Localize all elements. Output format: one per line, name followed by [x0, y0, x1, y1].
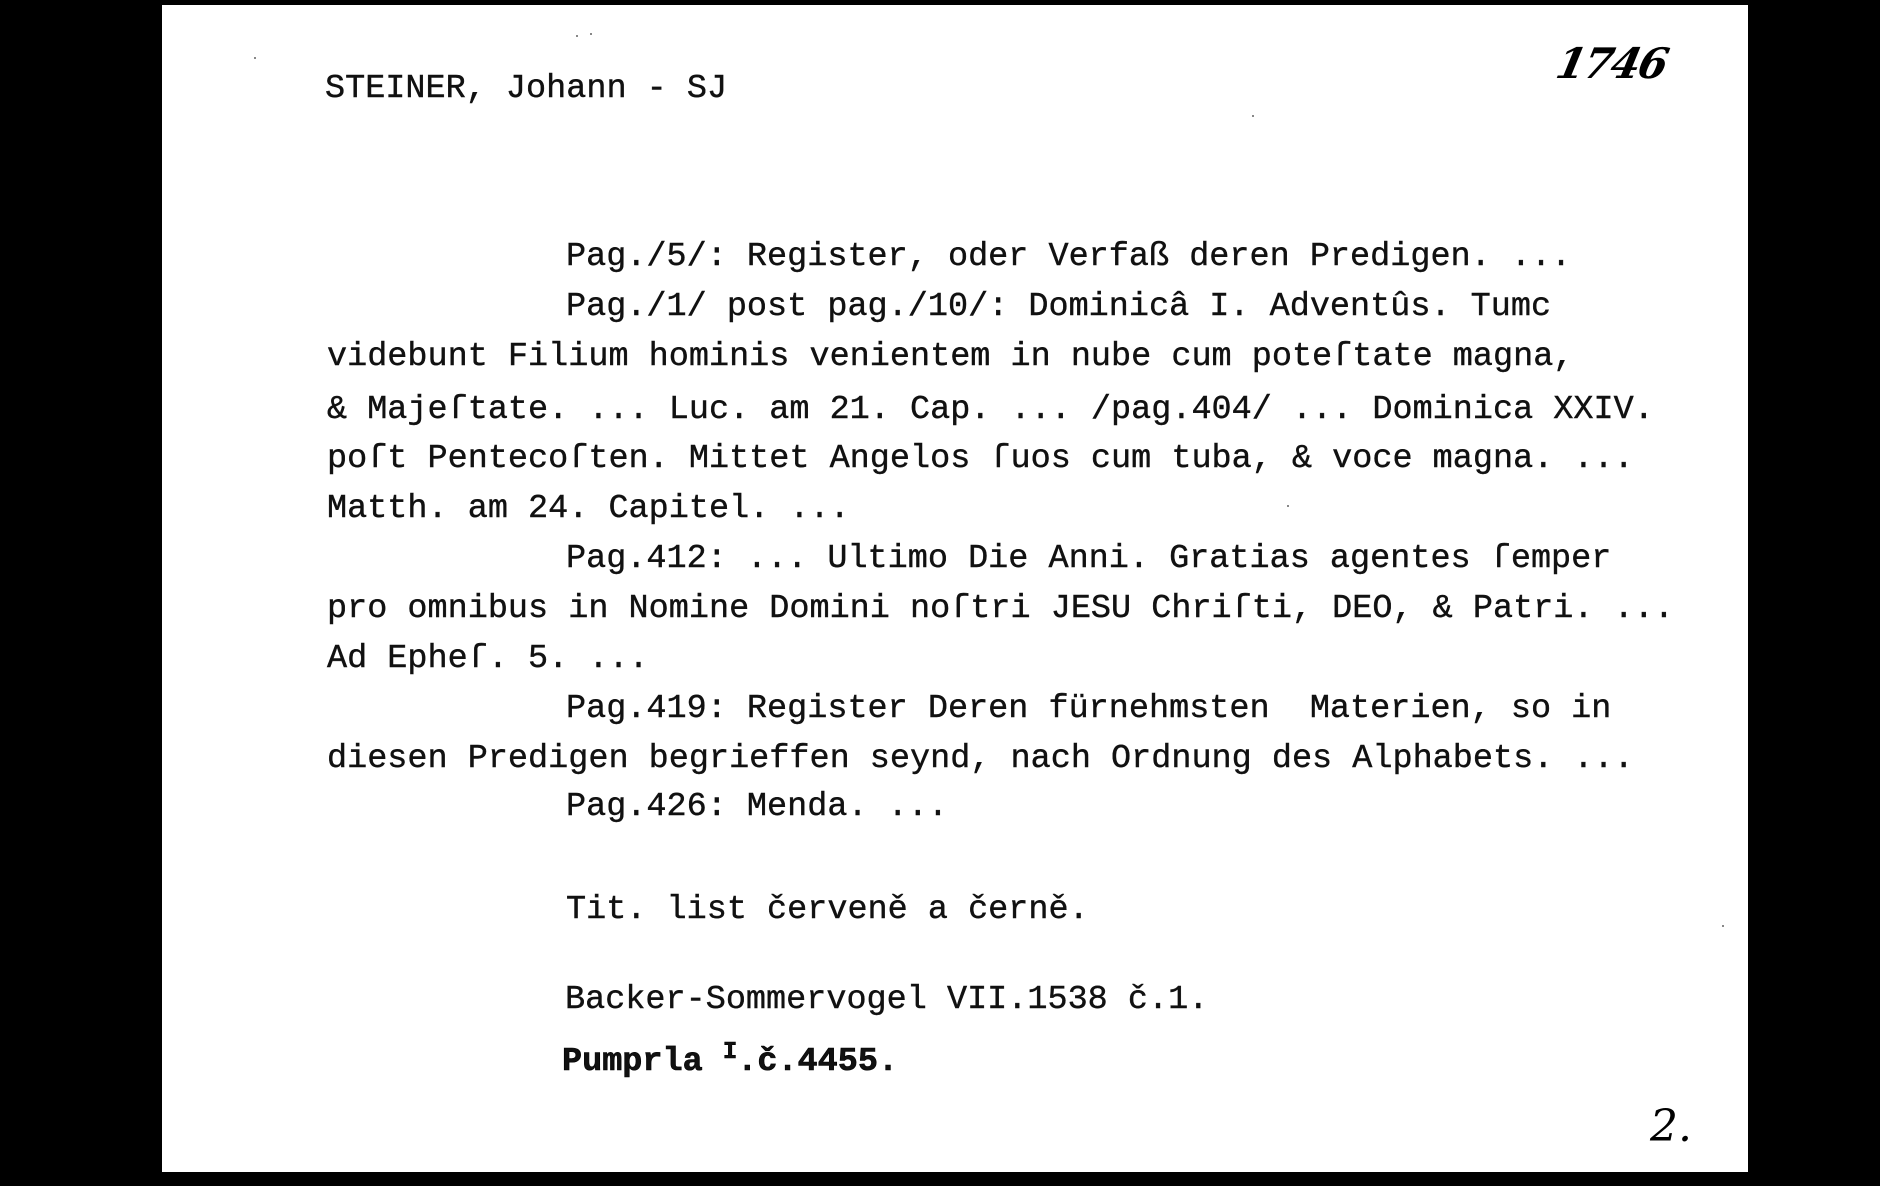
- reference-pumprla-suffix: .č.4455.: [737, 1043, 898, 1081]
- card-header-author: STEINER, Johann - SJ: [325, 73, 727, 107]
- scan-speck: [254, 57, 256, 59]
- body-line-8: pro omnibus in Nomine Domini noſtri JESU…: [327, 593, 1674, 627]
- reference-pumprla-volume: I: [723, 1039, 737, 1066]
- scan-speck: [1252, 115, 1254, 117]
- reference-pumprla-prefix: Pumprla: [562, 1043, 723, 1081]
- body-line-6: Matth. am 24. Capitel. ...: [327, 493, 850, 527]
- body-line-10: Pag.419: Register Deren fürnehmsten Mate…: [566, 693, 1611, 727]
- body-line-3: videbunt Filium hominis venientem in nub…: [327, 341, 1573, 375]
- body-line-11: diesen Predigen begrieffen seynd, nach O…: [327, 743, 1634, 777]
- body-line-12: Pag.426: Menda. ...: [566, 791, 948, 825]
- scan-speck: [1287, 505, 1289, 507]
- body-line-5: poſt Pentecoſten. Mittet Angelos ſuos cu…: [327, 443, 1634, 477]
- catalog-card: STEINER, Johann - SJ 1746 Pag./5/: Regis…: [162, 5, 1748, 1172]
- body-line-7: Pag.412: ... Ultimo Die Anni. Gratias ag…: [566, 543, 1611, 577]
- scan-speck: [1722, 925, 1724, 927]
- scan-speck: [590, 33, 592, 35]
- reference-backer-sommervogel: Backer-Sommervogel VII.1538 č.1.: [565, 984, 1208, 1018]
- title-note: Tit. list červeně a černě.: [566, 894, 1089, 928]
- body-line-2: Pag./1/ post pag./10/: Dominicâ I. Adven…: [566, 291, 1551, 325]
- body-line-1: Pag./5/: Register, oder Verfaß deren Pre…: [566, 241, 1571, 275]
- body-line-4: & Majeſtate. ... Luc. am 21. Cap. ... /p…: [327, 394, 1654, 428]
- reference-pumprla: Pumprla I.č.4455.: [562, 1046, 898, 1080]
- scan-speck: [576, 35, 578, 37]
- card-number-handwritten: 1746: [1553, 43, 1671, 85]
- body-line-9: Ad Epheſ. 5. ...: [327, 643, 649, 677]
- page-marker-handwritten: 2.: [1650, 1105, 1692, 1149]
